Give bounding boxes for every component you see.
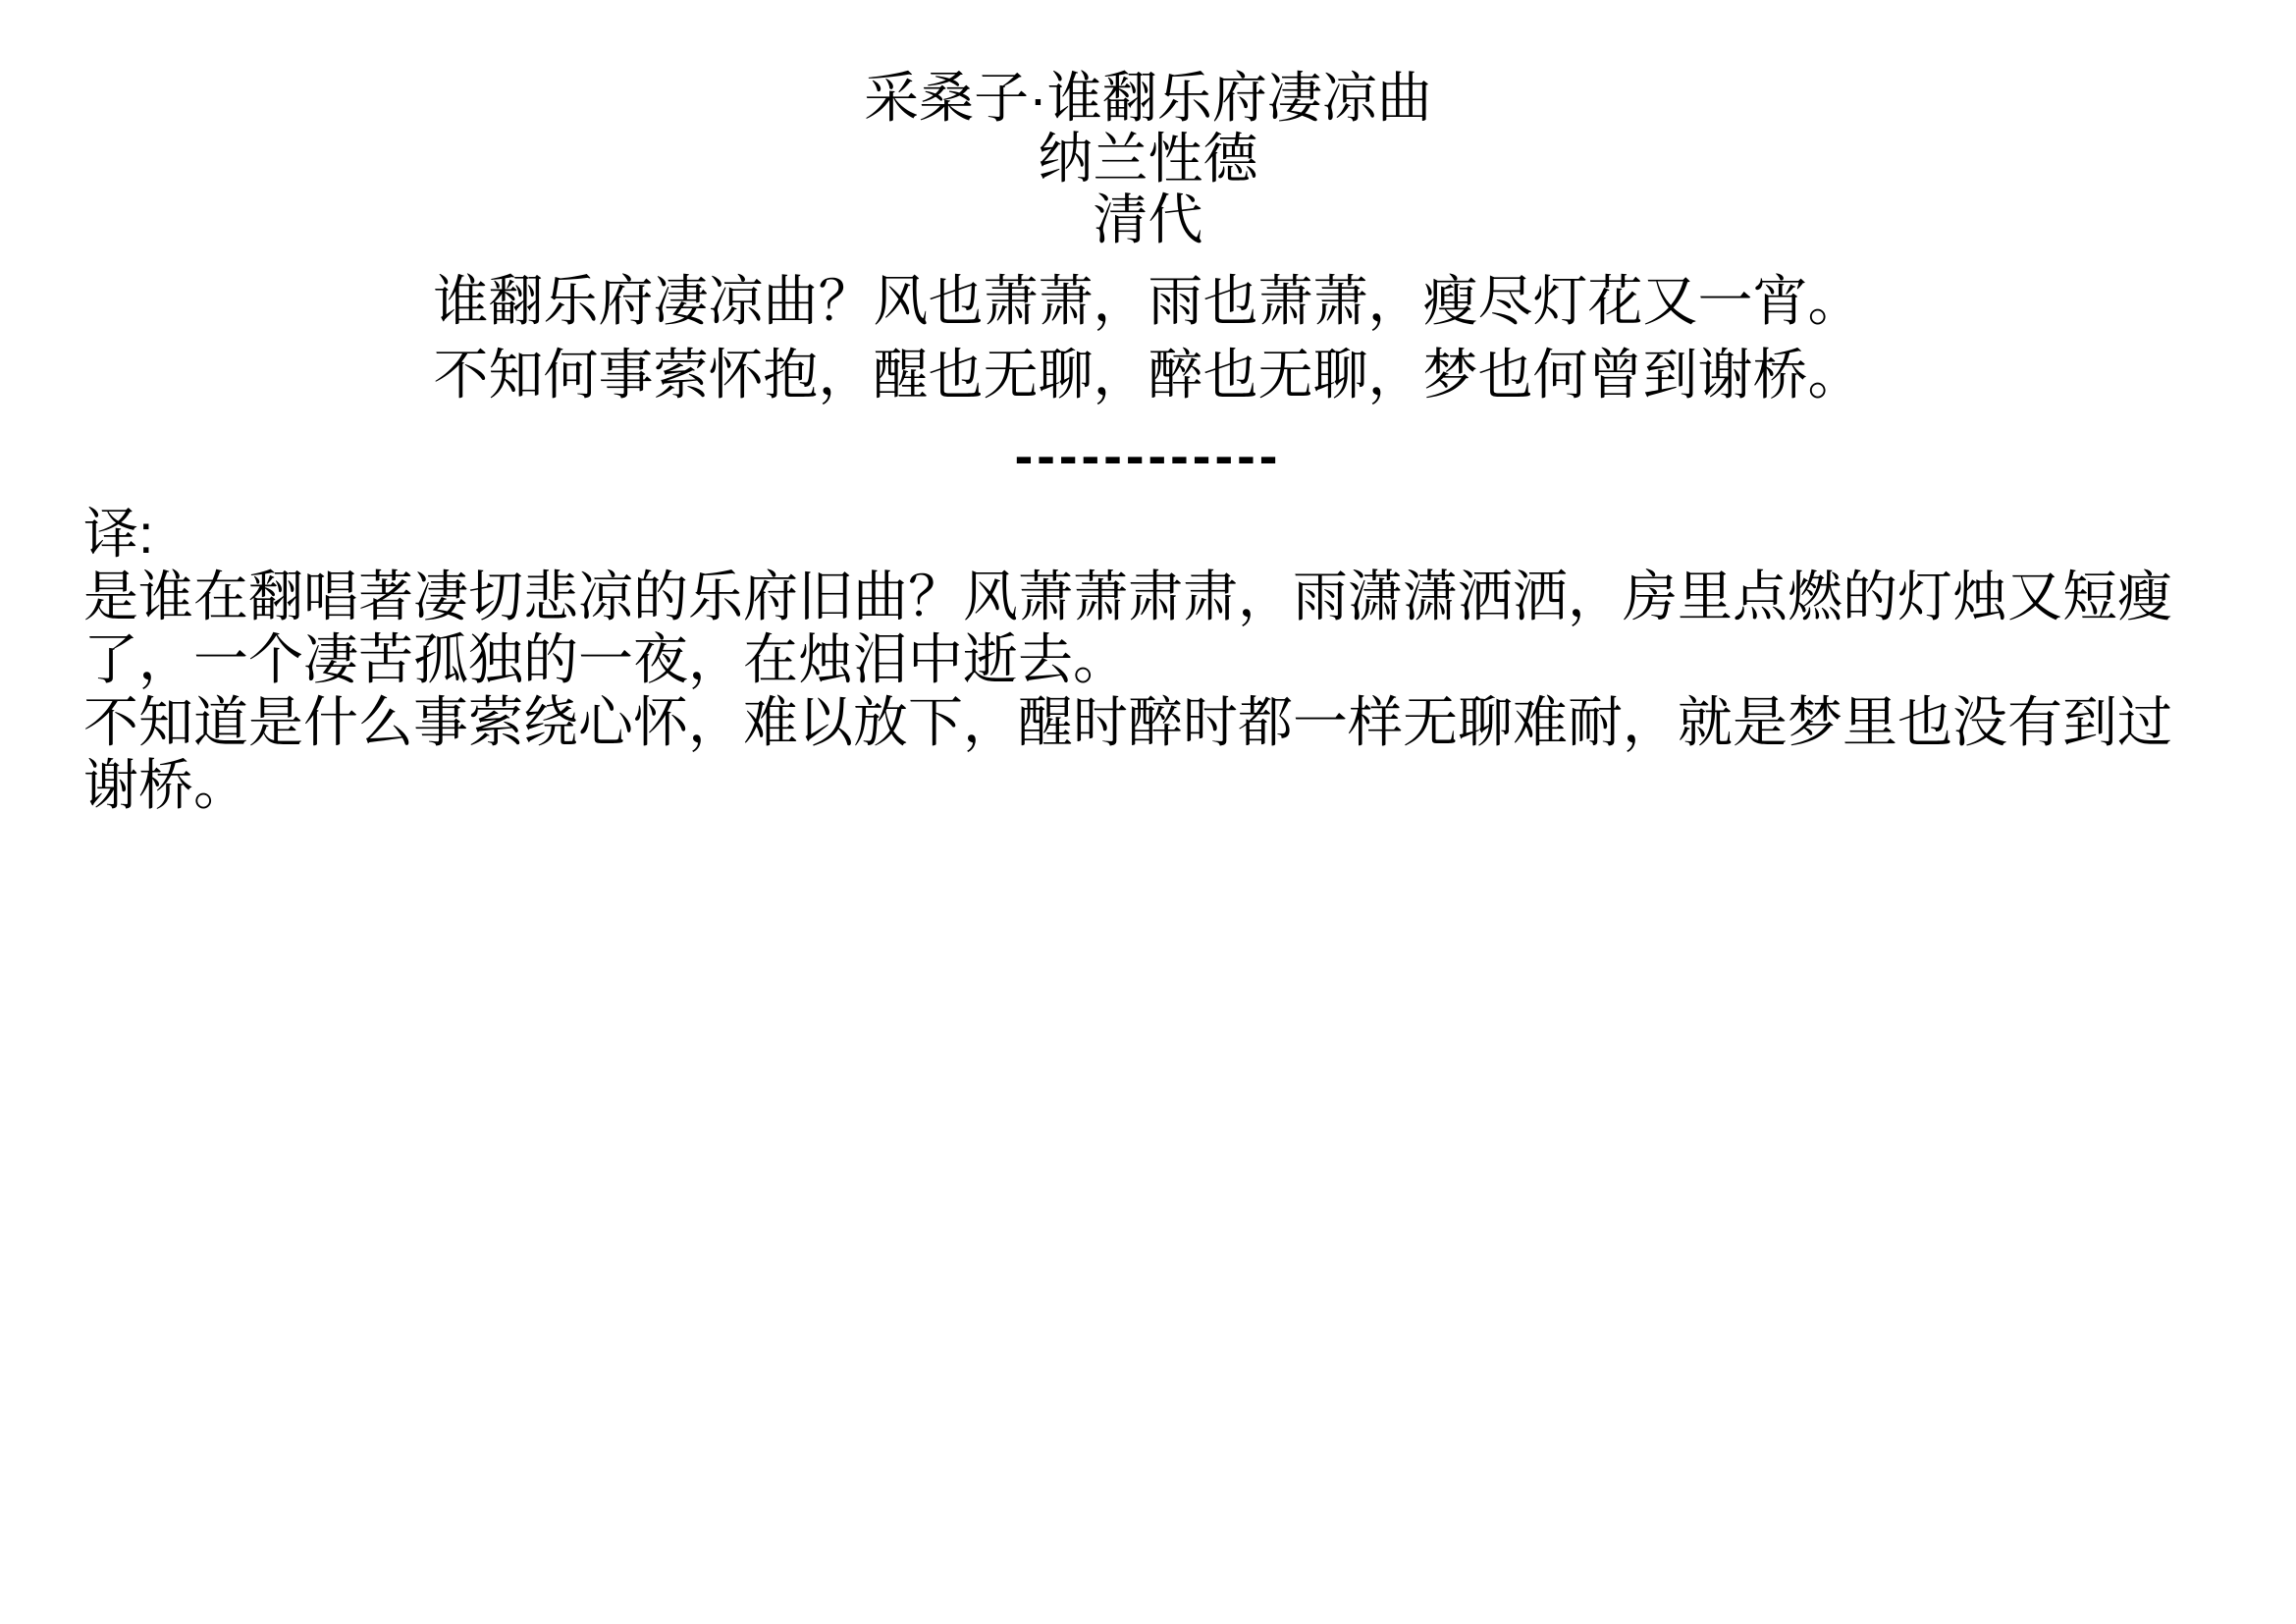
poem-body: 谁翻乐府凄凉曲？风也萧萧，雨也萧萧，瘦尽灯花又一宵。 不知何事萦怀抱，醒也无聊，…: [0, 271, 2296, 406]
translation-paragraph-2: 不知道是什么事萦绕心怀，难以放下，醒时醉时都一样无聊难耐，就是梦里也没有到过谢桥…: [83, 691, 2214, 817]
poem-header: 采桑子·谁翻乐府凄凉曲 纳兰性德 清代: [0, 68, 2296, 250]
poem-line-1: 谁翻乐府凄凉曲？风也萧萧，雨也萧萧，瘦尽灯花又一宵。: [0, 271, 2296, 332]
poem-author: 纳兰性德: [0, 129, 2296, 189]
poem-line-2: 不知何事萦怀抱，醒也无聊，醉也无聊，梦也何曾到谢桥。: [0, 345, 2296, 406]
poem-dynasty: 清代: [0, 189, 2296, 250]
translation-paragraph-1: 是谁在翻唱著凄切悲凉的乐府旧曲？风萧萧肃肃，雨潇潇洒洒，房里点燃的灯烛又短瘦了，…: [83, 566, 2214, 691]
poem-title: 采桑子·谁翻乐府凄凉曲: [0, 68, 2296, 129]
dashed-separator: ------------: [0, 425, 2296, 486]
translation-section: 译: 是谁在翻唱著凄切悲凉的乐府旧曲？风萧萧肃肃，雨潇潇洒洒，房里点燃的灯烛又短…: [0, 503, 2214, 817]
translation-label: 译:: [83, 503, 2214, 566]
document-page: 采桑子·谁翻乐府凄凉曲 纳兰性德 清代 谁翻乐府凄凉曲？风也萧萧，雨也萧萧，瘦尽…: [0, 0, 2296, 1624]
